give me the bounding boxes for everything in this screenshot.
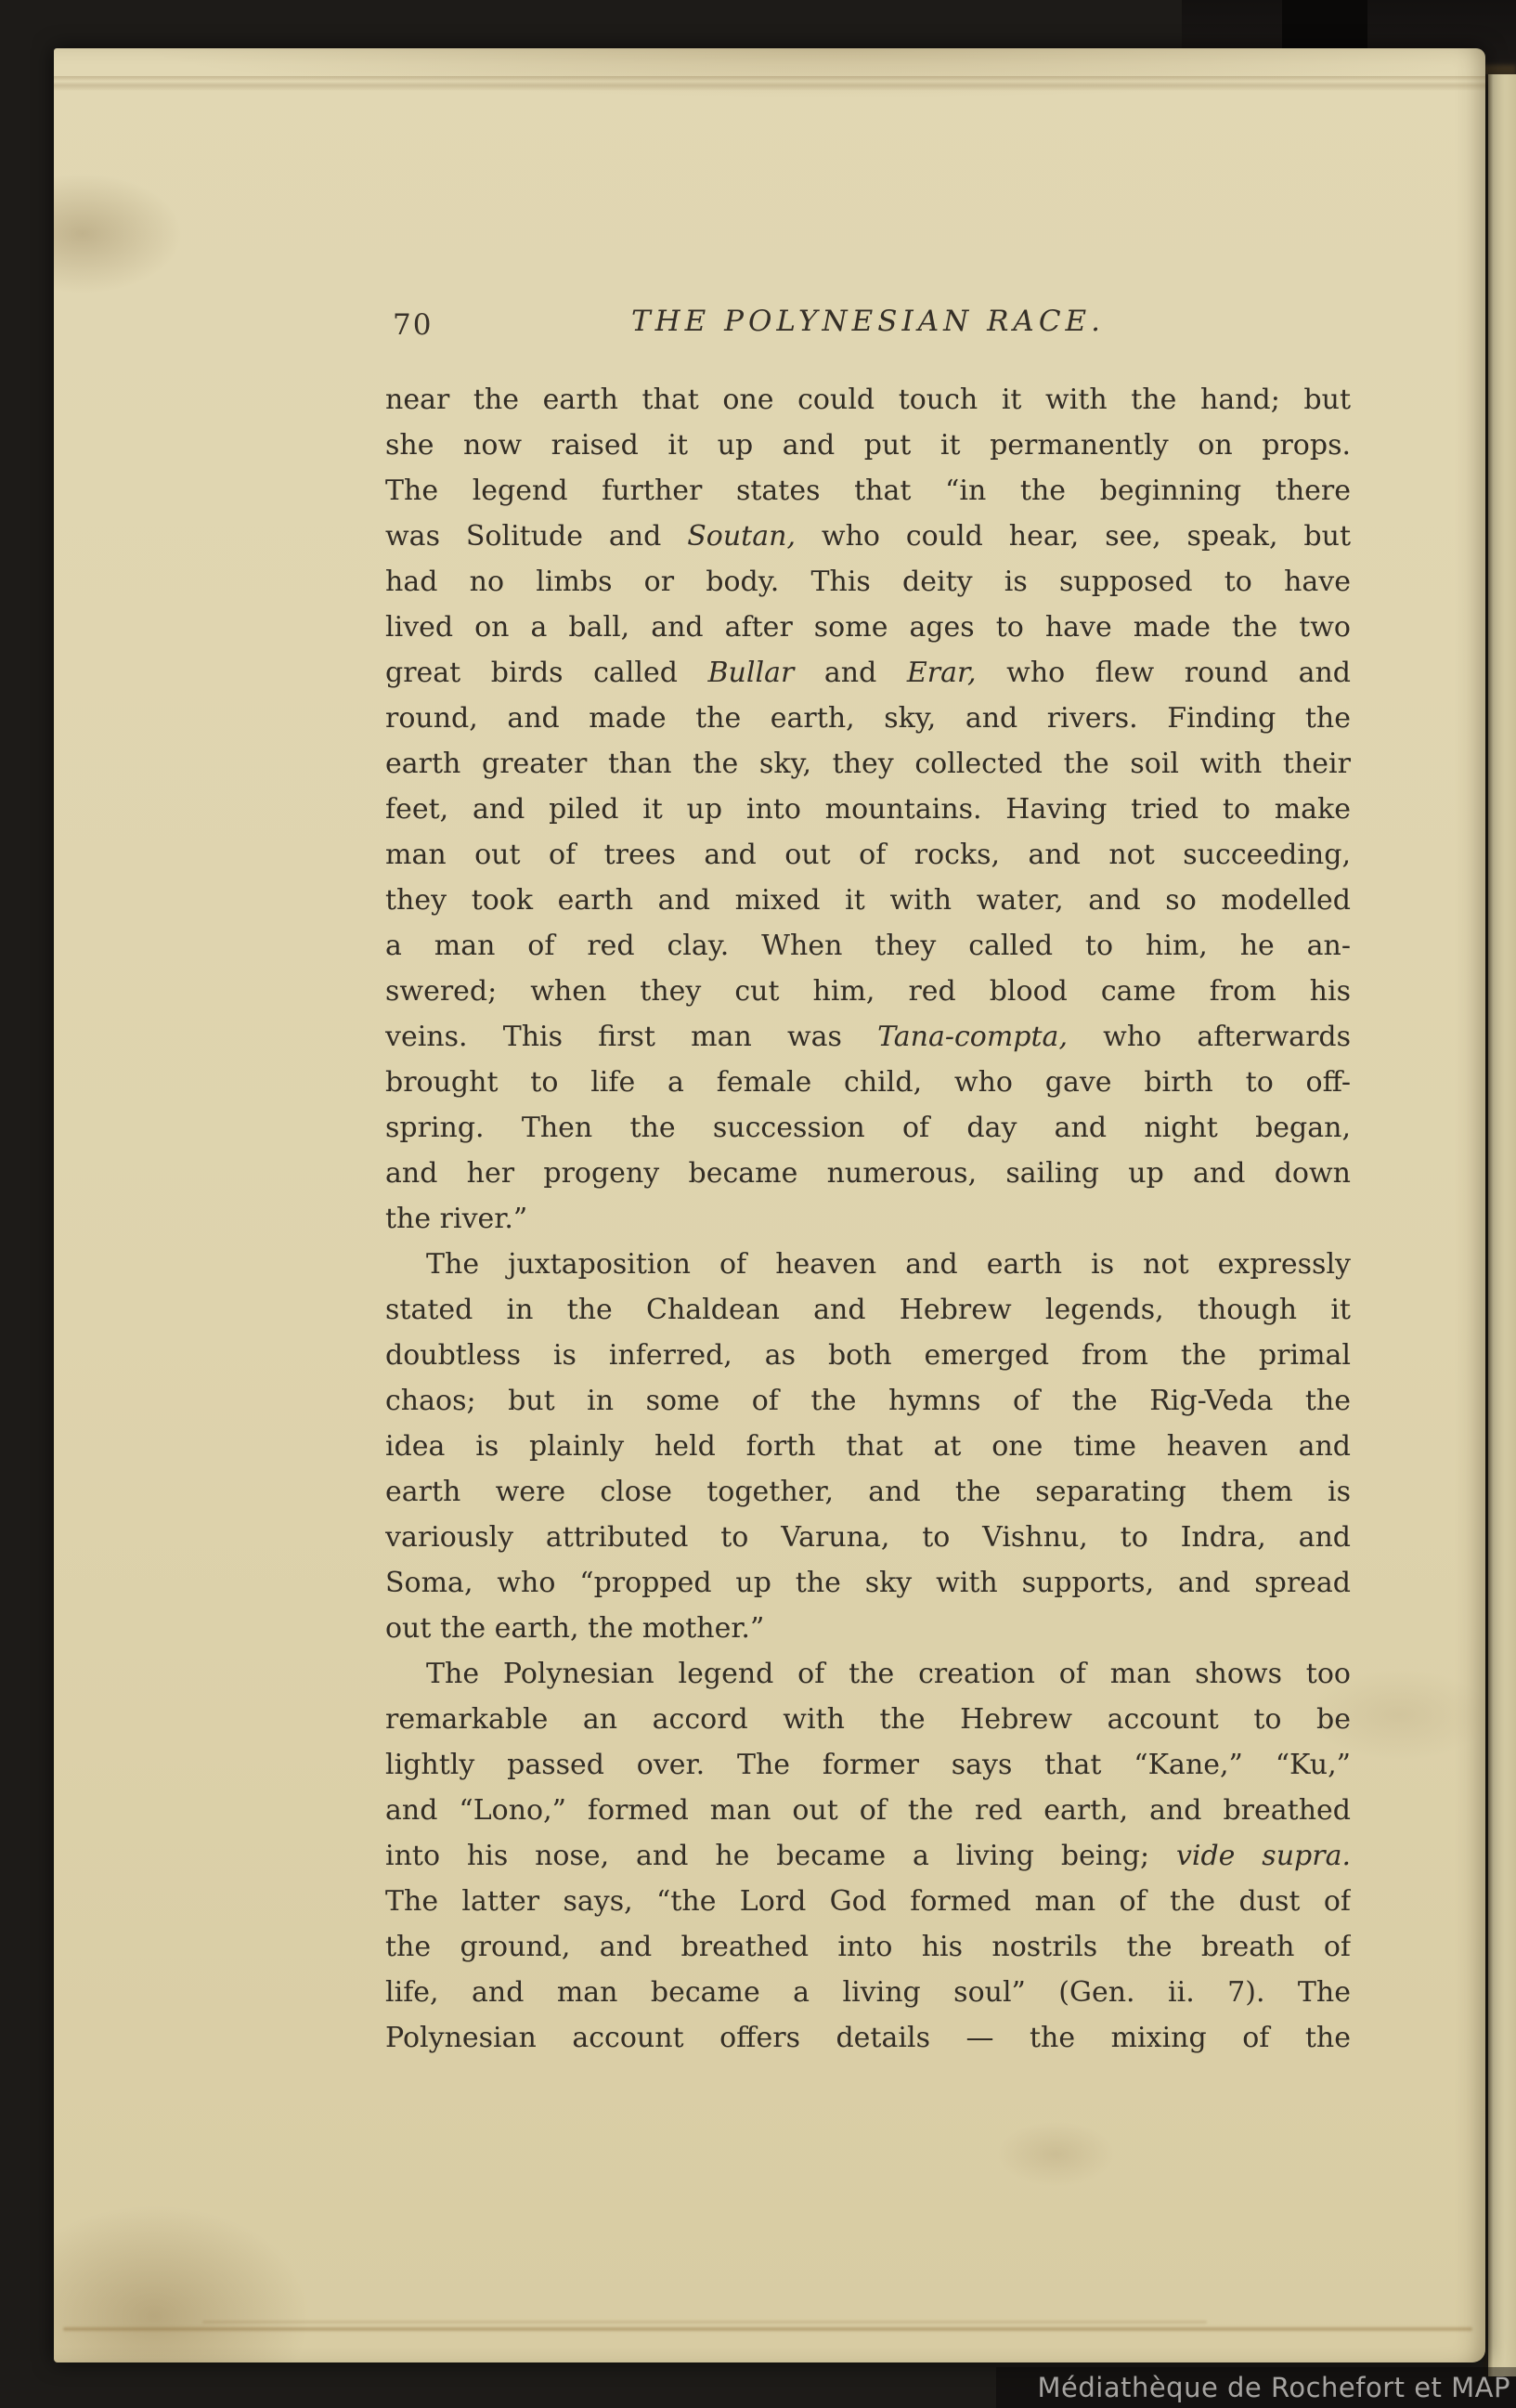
text-line: Soma, who “propped up the sky with suppo… bbox=[385, 1560, 1351, 1606]
watermark-label: Médiathèque de Rochefort et MAP bbox=[1037, 2372, 1510, 2403]
text-line: The Polynesian legend of the creation of… bbox=[385, 1651, 1351, 1697]
text-line: they took earth and mixed it with water,… bbox=[385, 878, 1351, 923]
running-title: THE POLYNESIAN RACE. bbox=[385, 305, 1351, 338]
text-block: 70 THE POLYNESIAN RACE. near the earth t… bbox=[385, 305, 1351, 2061]
paragraph: The juxtaposition of heaven and earth is… bbox=[385, 1242, 1351, 1651]
scan-background: 70 THE POLYNESIAN RACE. near the earth t… bbox=[0, 0, 1516, 2408]
text-line: brought to life a female child, who gave… bbox=[385, 1060, 1351, 1105]
text-line: man out of trees and out of rocks, and n… bbox=[385, 832, 1351, 878]
text-line: had no limbs or body. This deity is supp… bbox=[385, 559, 1351, 605]
text-line: doubtless is inferred, as both emerged f… bbox=[385, 1333, 1351, 1378]
text-line: the river.” bbox=[385, 1196, 1351, 1242]
text-line: near the earth that one could touch it w… bbox=[385, 377, 1351, 423]
text-line: The legend further states that “in the b… bbox=[385, 468, 1351, 514]
next-page-fore-edge bbox=[1488, 74, 1516, 2376]
text-line: earth greater than the sky, they collect… bbox=[385, 741, 1351, 787]
text-line: The juxtaposition of heaven and earth is… bbox=[385, 1242, 1351, 1287]
text-line: veins. This first man was Tana-compta, w… bbox=[385, 1014, 1351, 1060]
text-line: and her progeny became numerous, sailing… bbox=[385, 1151, 1351, 1196]
text-line: the ground, and breathed into his nostri… bbox=[385, 1924, 1351, 1970]
text-line: into his nose, and he became a living be… bbox=[385, 1833, 1351, 1879]
text-line: Polynesian account offers details — the … bbox=[385, 2015, 1351, 2061]
text-line: and “Lono,” formed man out of the red ea… bbox=[385, 1788, 1351, 1833]
text-line: she now raised it up and put it permanen… bbox=[385, 423, 1351, 468]
text-line: great birds called Bullar and Erar, who … bbox=[385, 650, 1351, 696]
body-text: near the earth that one could touch it w… bbox=[385, 377, 1351, 2061]
running-head: 70 THE POLYNESIAN RACE. bbox=[385, 305, 1351, 351]
text-line: spring. Then the succession of day and n… bbox=[385, 1105, 1351, 1151]
text-line: idea is plainly held forth that at one t… bbox=[385, 1424, 1351, 1469]
book-page: 70 THE POLYNESIAN RACE. near the earth t… bbox=[54, 48, 1485, 2362]
text-line: lived on a ball, and after some ages to … bbox=[385, 605, 1351, 650]
text-line: life, and man became a living soul” (Gen… bbox=[385, 1970, 1351, 2015]
text-line: out the earth, the mother.” bbox=[385, 1606, 1351, 1651]
text-line: variously attributed to Varuna, to Vishn… bbox=[385, 1515, 1351, 1560]
text-line: a man of red clay. When they called to h… bbox=[385, 923, 1351, 969]
text-line: stated in the Chaldean and Hebrew legend… bbox=[385, 1287, 1351, 1333]
text-line: lightly passed over. The former says tha… bbox=[385, 1742, 1351, 1788]
text-line: earth were close together, and the separ… bbox=[385, 1469, 1351, 1515]
paragraph: The Polynesian legend of the creation of… bbox=[385, 1651, 1351, 2061]
water-stain-line-2 bbox=[202, 2321, 1207, 2323]
text-line: feet, and piled it up into mountains. Ha… bbox=[385, 787, 1351, 832]
water-stain-line bbox=[63, 2327, 1472, 2331]
text-line: round, and made the earth, sky, and rive… bbox=[385, 696, 1351, 741]
text-line: remarkable an accord with the Hebrew acc… bbox=[385, 1697, 1351, 1742]
text-line: chaos; but in some of the hymns of the R… bbox=[385, 1378, 1351, 1424]
text-line: was Solitude and Soutan, who could hear,… bbox=[385, 514, 1351, 559]
text-line: The latter says, “the Lord God formed ma… bbox=[385, 1879, 1351, 1924]
text-line: swered; when they cut him, red blood cam… bbox=[385, 969, 1351, 1014]
paragraph: near the earth that one could touch it w… bbox=[385, 377, 1351, 1242]
